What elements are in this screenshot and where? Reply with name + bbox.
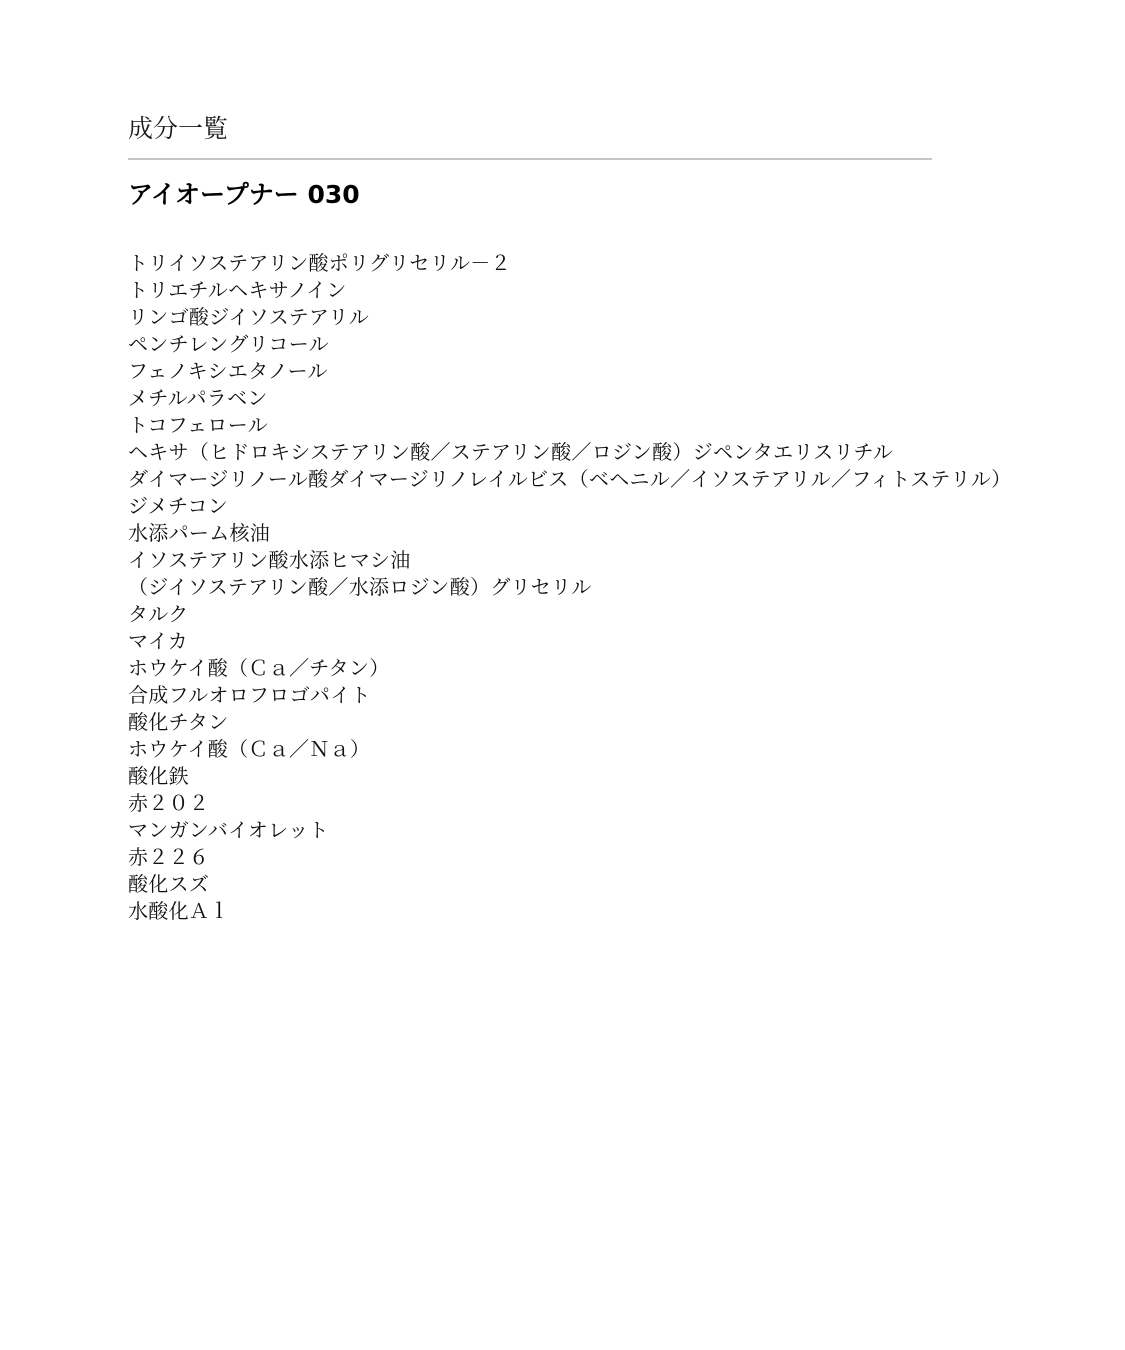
- ingredient-item: トコフェロール: [128, 412, 1011, 439]
- ingredient-item: 合成フルオロフロゴパイト: [128, 682, 1011, 709]
- divider: [128, 158, 932, 160]
- ingredient-item: 酸化チタン: [128, 709, 1011, 736]
- ingredient-item: ホウケイ酸（Ｃａ／Ｎａ）: [128, 736, 1011, 763]
- ingredient-item: メチルパラベン: [128, 385, 1011, 412]
- ingredient-item: トリイソステアリン酸ポリグリセリル－２: [128, 250, 1011, 277]
- ingredient-item: イソステアリン酸水添ヒマシ油: [128, 547, 1011, 574]
- ingredient-item: タルク: [128, 601, 1011, 628]
- ingredient-item: ヘキサ（ヒドロキシステアリン酸／ステアリン酸／ロジン酸）ジペンタエリスリチル: [128, 439, 1011, 466]
- product-name: アイオープナー 030: [128, 176, 360, 214]
- section-title: 成分一覧: [128, 111, 228, 147]
- ingredient-item: フェノキシエタノール: [128, 358, 1011, 385]
- ingredient-list: トリイソステアリン酸ポリグリセリル－２ トリエチルヘキサノイン リンゴ酸ジイソス…: [128, 250, 1011, 925]
- ingredient-item: 酸化スズ: [128, 871, 1011, 898]
- ingredient-item: 赤２０２: [128, 790, 1011, 817]
- ingredient-item: 赤２２６: [128, 844, 1011, 871]
- ingredient-item: ペンチレングリコール: [128, 331, 1011, 358]
- ingredient-item: 水添パーム核油: [128, 520, 1011, 547]
- ingredient-item: マイカ: [128, 628, 1011, 655]
- ingredient-item: 水酸化Ａｌ: [128, 898, 1011, 925]
- ingredient-item: トリエチルヘキサノイン: [128, 277, 1011, 304]
- ingredient-item: ホウケイ酸（Ｃａ／チタン）: [128, 655, 1011, 682]
- ingredient-item: マンガンバイオレット: [128, 817, 1011, 844]
- ingredient-item: （ジイソステアリン酸／水添ロジン酸）グリセリル: [128, 574, 1011, 601]
- ingredient-item: ジメチコン: [128, 493, 1011, 520]
- ingredient-item: ダイマージリノール酸ダイマージリノレイルビス（ベヘニル／イソステアリル／フィトス…: [128, 466, 1011, 493]
- ingredient-item: リンゴ酸ジイソステアリル: [128, 304, 1011, 331]
- ingredient-item: 酸化鉄: [128, 763, 1011, 790]
